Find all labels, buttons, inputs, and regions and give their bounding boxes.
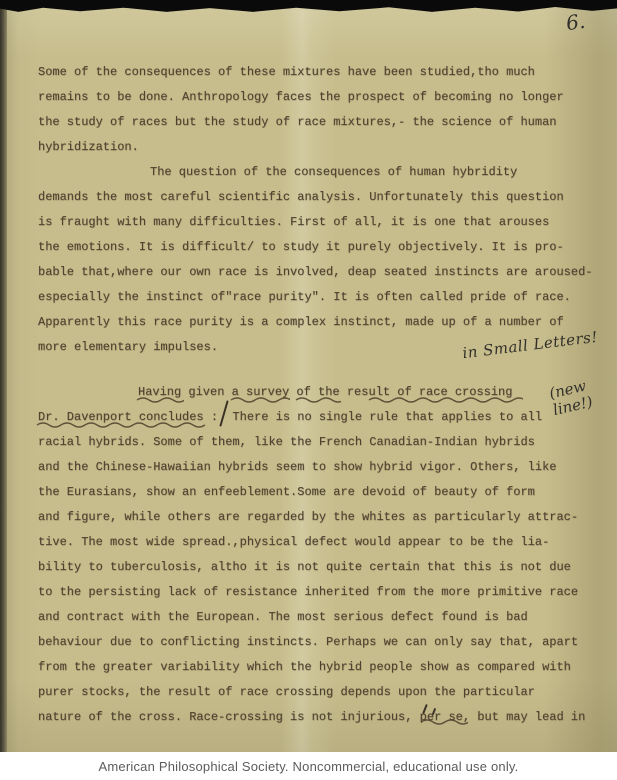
typed-line: demands the most careful scientific anal… [38, 185, 610, 210]
typed-line: and contract with the European. The most… [38, 605, 610, 630]
typed-line: bility to tuberculosis, altho it is not … [38, 555, 610, 580]
paragraph: Some of the consequences of these mixtur… [38, 60, 610, 160]
typed-line: The question of the consequences of huma… [38, 160, 610, 185]
typed-line: racial hybrids. Some of them, like the F… [38, 430, 610, 455]
typed-line: and figure, while others are regarded by… [38, 505, 610, 530]
paragraph: Having given a survey of the result of r… [38, 380, 610, 730]
footer-credit-line: American Philosophical Society. Noncomme… [99, 759, 519, 774]
typed-line: the study of races but the study of race… [38, 110, 610, 135]
typed-line: especially the instinct of"race purity".… [38, 285, 610, 310]
scan-left-edge [0, 6, 7, 752]
typed-line: to the persisting lack of resistance inh… [38, 580, 610, 605]
typed-line: Some of the consequences of these mixtur… [38, 60, 610, 85]
typed-line: remains to be done. Anthropology faces t… [38, 85, 610, 110]
typed-line: Having given a survey of the result of r… [38, 380, 610, 405]
typed-text: Some of the consequences of these mixtur… [38, 60, 610, 730]
typed-line: hybridization. [38, 135, 610, 160]
handwritten-page-number: 6. [564, 9, 586, 35]
typed-line: Dr. Davenport concludes : There is no si… [38, 405, 610, 430]
typed-line: from the greater variability which the h… [38, 655, 610, 680]
typed-line: Apparently this race purity is a complex… [38, 310, 610, 335]
typed-line: tive. The most wide spread.,physical def… [38, 530, 610, 555]
typed-line: the emotions. It is difficult/ to study … [38, 235, 610, 260]
typed-line: is fraught with many difficulties. First… [38, 210, 610, 235]
footer-strip: American Philosophical Society. Noncomme… [0, 752, 617, 780]
typed-line: nature of the cross. Race-crossing is no… [38, 705, 610, 730]
typed-line: purer stocks, the result of race crossin… [38, 680, 610, 705]
typed-line: and the Chinese-Hawaiian hybrids seem to… [38, 455, 610, 480]
paragraph: The question of the consequences of huma… [38, 160, 610, 360]
typed-line: the Eurasians, show an enfeeblement.Some… [38, 480, 610, 505]
typed-line: behaviour due to conflicting instincts. … [38, 630, 610, 655]
typed-line: bable that,where our own race is involve… [38, 260, 610, 285]
